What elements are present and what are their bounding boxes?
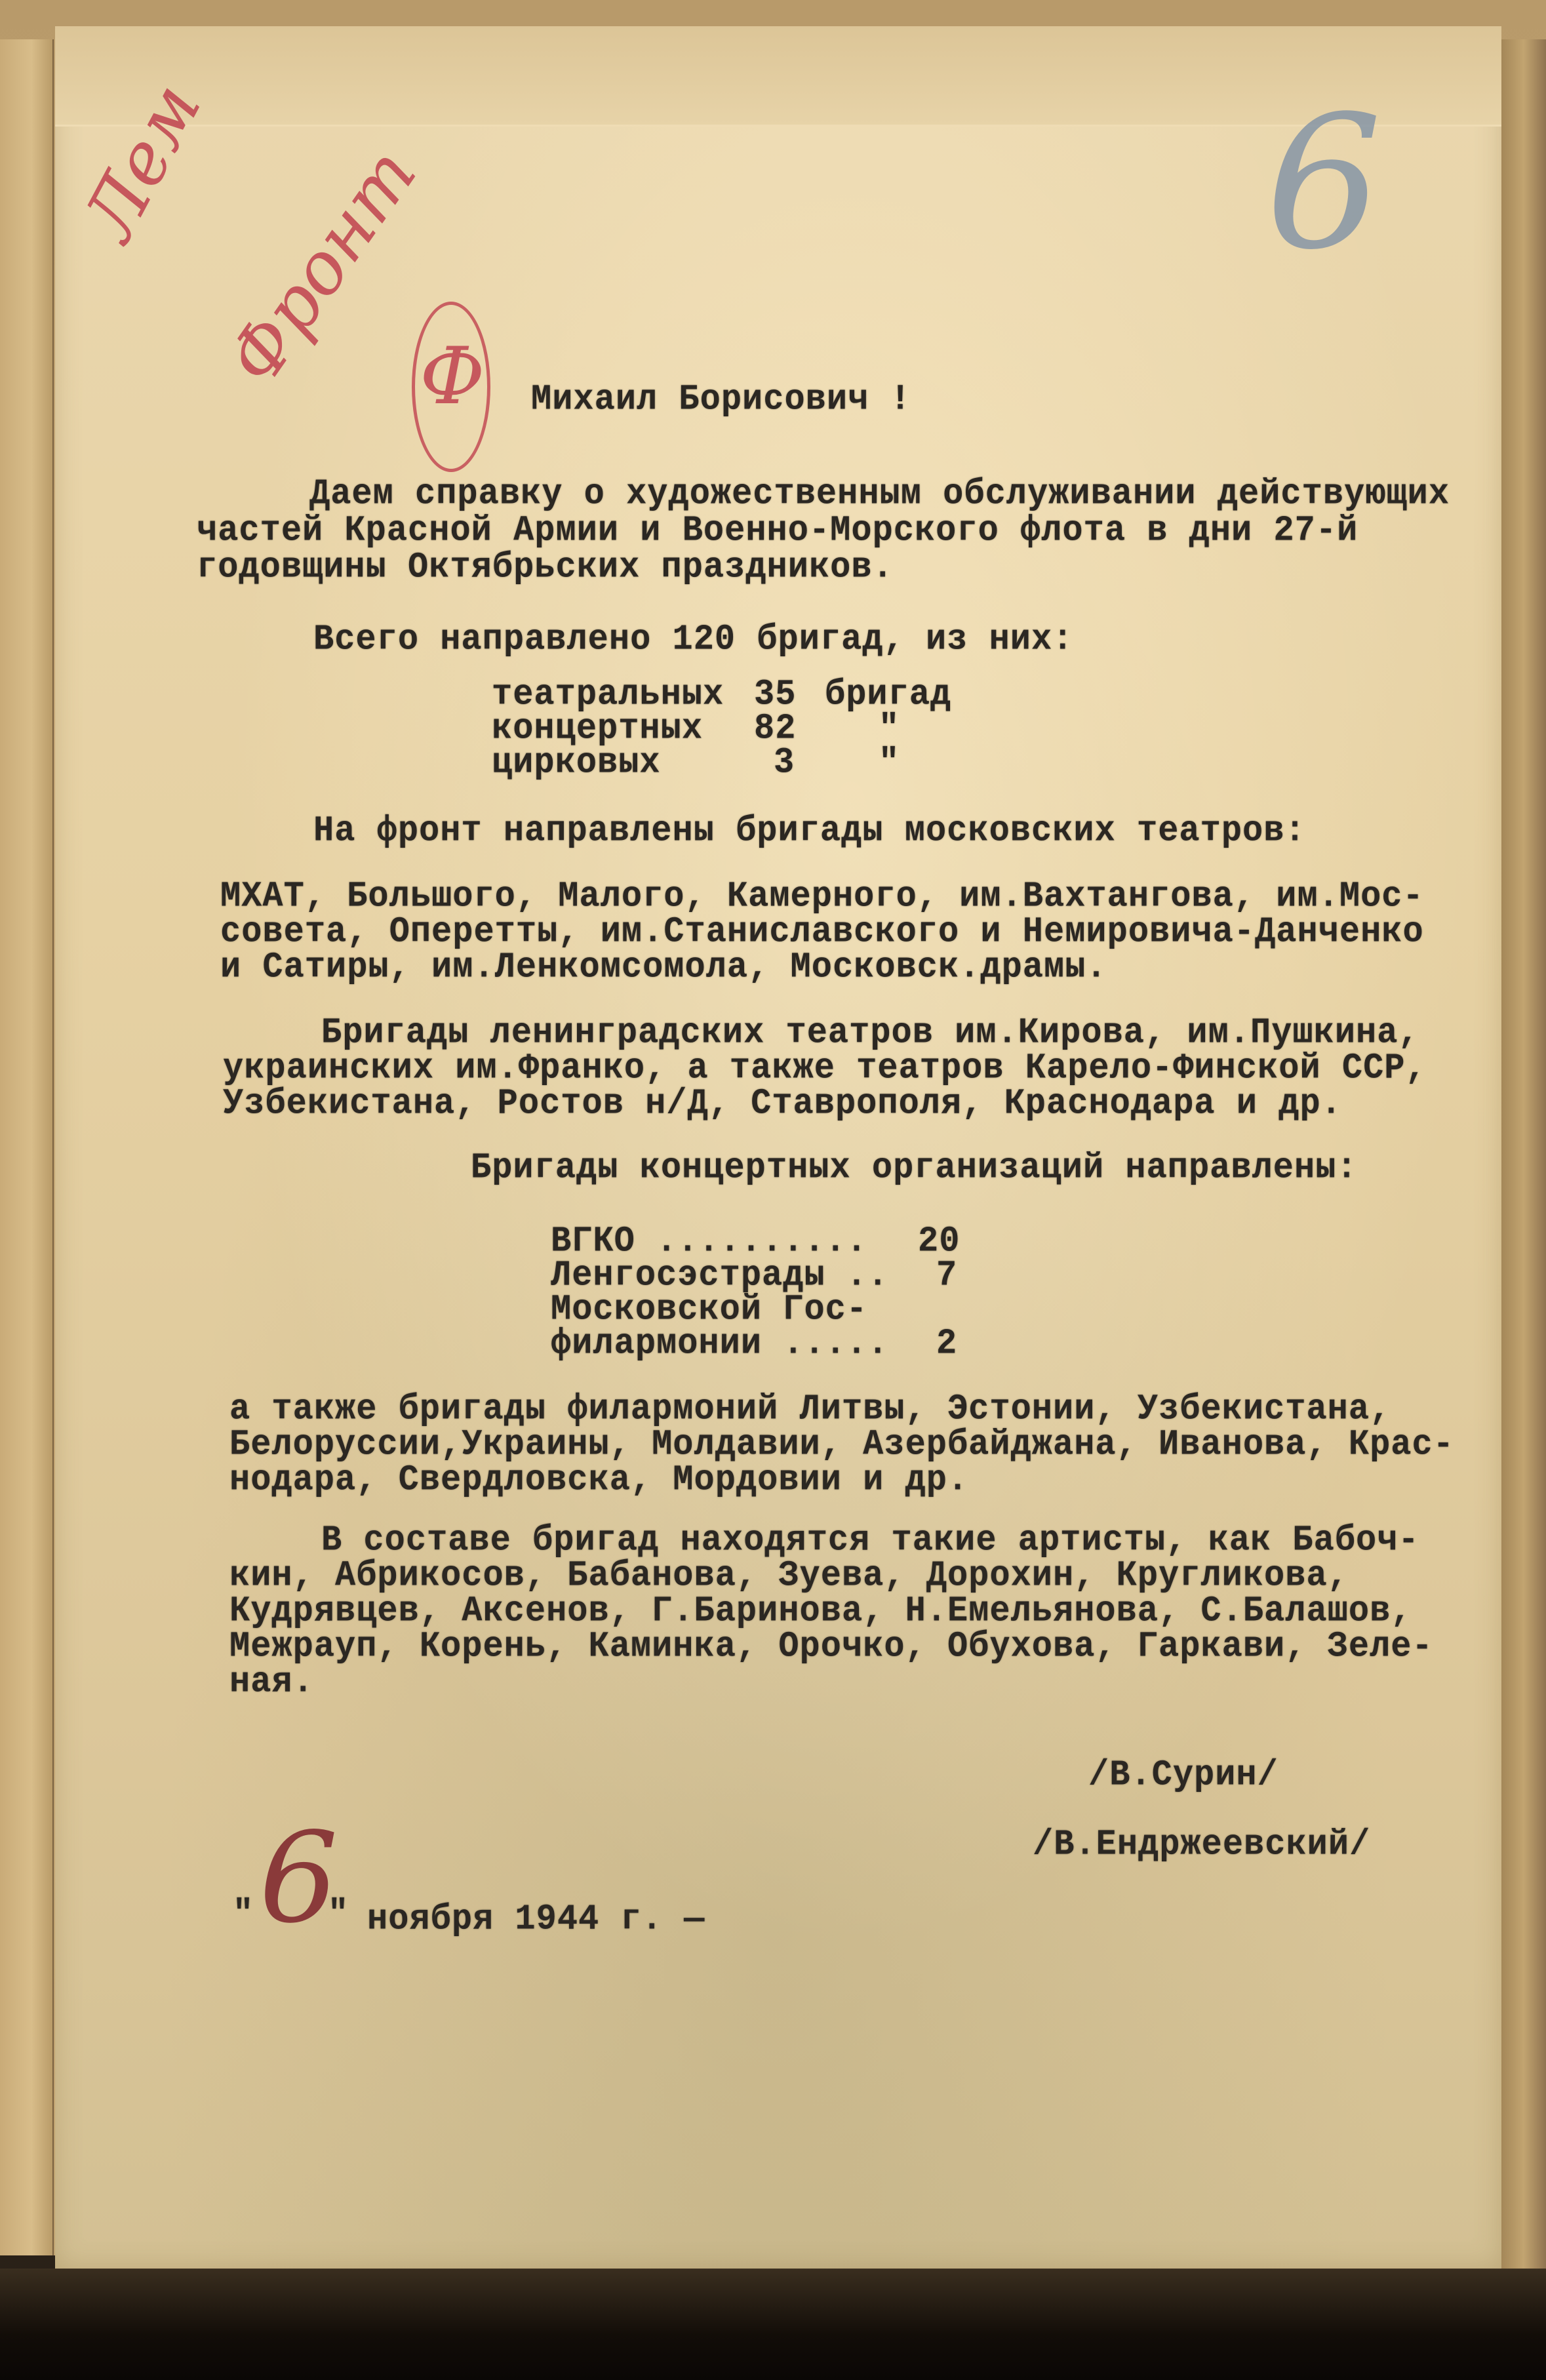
moscow-theatres-intro: На фронт направлены бригады московских т… (313, 812, 1306, 851)
moscow-theatres-line-2: совета, Оперетты, им.Станиславского и Не… (220, 913, 1424, 952)
paragraph-1-line-2: частей Красной Армии и Военно-Морского ф… (197, 512, 1358, 551)
leningrad-line-1: Бригады ленинградских театров им.Кирова,… (321, 1014, 1419, 1053)
scan-bottom-shadow (0, 2269, 1546, 2380)
brigade-type: цирковых (492, 744, 661, 783)
moscow-theatres-line-3: и Сатиры, им.Ленкомсомола, Московск.драм… (220, 949, 1107, 987)
signature-endrzheevsky: /В.Ендржеевский/ (1033, 1826, 1370, 1865)
artists-line-2: кин, Абрикосов, Бабанова, Зуева, Дорохин… (229, 1557, 1349, 1596)
right-stacked-pages-edge (1501, 39, 1546, 2269)
page-number-pencil: 6 (1265, 92, 1382, 275)
philharmonic-line-1: а также бригады филармоний Литвы, Эстони… (229, 1391, 1391, 1429)
moscow-theatres-line-1: МХАТ, Большого, Малого, Камерного, им.Ва… (220, 878, 1424, 917)
artists-line-1: В составе бригад находятся такие артисты… (321, 1522, 1419, 1560)
philharmonic-line-2: Белоруссии,Украины, Молдавии, Азербайджа… (229, 1426, 1454, 1465)
paragraph-1-line-1: Даем справку о художественным обслуживан… (309, 475, 1450, 514)
concert-count: 7 (936, 1257, 957, 1296)
red-initial: Ф (420, 341, 485, 413)
total-brigades-line: Всего направлено 120 бригад, из них: (313, 621, 1073, 660)
artists-line-5: ная. (229, 1663, 314, 1702)
left-adjacent-page-edge (0, 39, 54, 2255)
philharmonic-line-3: нодара, Свердловска, Мордовии и др. (229, 1461, 968, 1500)
paragraph-1-line-3: годовщины Октябрьских праздников. (197, 549, 894, 587)
concert-count: 2 (936, 1325, 957, 1364)
leningrad-line-2: украинских им.Франко, а также театров Ка… (223, 1050, 1427, 1088)
brigade-count: 3 (774, 744, 795, 783)
signature-surin: /В.Сурин/ (1088, 1756, 1278, 1795)
artists-line-3: Кудрявцев, Аксенов, Г.Баринова, Н.Емелья… (229, 1593, 1412, 1631)
salutation: Михаил Борисович ! (531, 381, 911, 420)
leningrad-line-3: Узбекистана, Ростов н/Д, Ставрополя, Кра… (223, 1085, 1342, 1124)
concert-orgs-intro: Бригады концертных организаций направлен… (471, 1149, 1358, 1188)
date-open-quote: " (233, 1895, 254, 1934)
concert-org: филармонии ..... (551, 1325, 888, 1364)
artists-line-4: Межрауп, Корень, Каминка, Орочко, Обухов… (229, 1628, 1433, 1667)
date-month-year: ноября 1944 г. — (367, 1901, 705, 1939)
date-day-handwritten: 6 (259, 1816, 338, 1941)
date-close-quote: " (328, 1895, 349, 1934)
brigade-unit: " (879, 744, 900, 783)
